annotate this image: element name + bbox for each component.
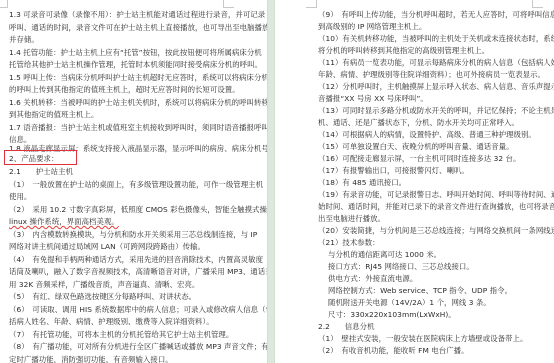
text-line: 1.7 语音播报：当护士站主机或值班室主机接收到呼叫时，须同时语音播报呼叫 [9,123,267,132]
text-line: （7） 有托管功能，可将本主机的分机托管给其它护士站主机管理。 [9,330,233,339]
text-line: 与分机的通信距离可达 1000 米。 [328,250,441,259]
text-line: 话筒及喇叭，融入了数字音视频技术，高清晰语音对讲，广播采用 MP3、通话采 [9,267,267,276]
text-line: 并存储。 [9,35,39,44]
text-line: （20）安装简捷，与分机间是三芯总线连接；与网络交换机间一条网线连接。 [318,226,554,235]
text-line: 1.6 关机转移：当被呼叫的护士站主机关机时，系统可以将病床分机的呼叫转移 [9,98,267,107]
text-line: 括病人姓名、年龄、病情、护理级别、缴费等入院详细资料）。 [9,317,214,326]
text-line: 始时间、通话时间，并能对已录下的录音文件进行查询播放，也可将录音文件导 [318,202,554,211]
text-line: 的呼叫上传到其他指定的值班主机上，超时无应答时间的长短可设置。 [9,85,240,94]
text-line: （10）有关机转移功能，当被呼叫的主机处于关机或未连接状态时，系统可以 [318,34,554,43]
text-line-spellcheck: linux 操作系统，界面高档美观。 [9,217,119,226]
text-line: 音播报“XX 号房 XX 号床呼叫”。 [318,94,428,103]
text-line: 年龄、病情、护理级别等住院详细资料）；也可外接病员一览表显示。 [318,70,545,79]
text-line: 1.4 托管功能：护士站主机上应有“托管”按钮，按此按钮便可将所属病床分机 [9,48,262,57]
text-line: （18）有 485 通讯接口。 [318,178,406,187]
text-line: （13）可同时显示多路分机或防水开关的呼叫，并记忆保持；不论主机是在待 [318,106,554,115]
page-corner-mark [532,0,543,8]
text-line: （16）可配接走廊显示屏，一台主机可同时连接多达 32 台。 [318,154,520,163]
text-line: 接口方式：RJ45 网络接口、三芯总线接口。 [328,262,474,271]
text-line: 信息。 [9,135,31,144]
text-line: （1） 壁挂式安装，一般安装在医院病床上方墙壁或设备带上。 [318,334,527,343]
text-line: （2） 有收音机功能，能收听 FM 电台广播。 [318,346,469,355]
text-line: 到高级别的 IP 网络管理主机上。 [318,22,426,31]
text-line: （15）可单独设置白天、夜晚分机的呼叫音量、通话音量。 [318,142,514,151]
text-line: （9） 有呼叫上传功能，当分机呼叫超时，若无人应答时，可将呼叫信息上传 [318,10,554,19]
text-line: 将分机的呼叫转移到其他指定的高级别管理主机上。 [318,46,489,55]
page-corner-mark [223,0,234,8]
text-line: 出至电脑进行播放。 [318,214,385,223]
text-line: （8） 有广播功能，可对所有分机进行全区广播喊话或播放 MP3 声音文件；有 [9,342,267,351]
text-line: （6） 可读取、调用 HIS 系统数据库中的病人信息；可录入或修改病人信息（包 [9,305,267,314]
highlight-box [4,150,77,165]
page-corner-mark [0,0,8,8]
text-line: （3） 内含模数转换模块，与分机和防水开关须采用三芯总线制连接，与 IP [9,230,257,239]
text-line: 网络对讲主机间通过局域网 LAN（可跨网段跨路由）传输。 [9,242,205,251]
text-line: 机、通话、还是广播状态下，分机、防水开关均可正常呼入。 [318,118,519,127]
text-line: （4） 有免提和手柄两种通话方式，采用先进的回音消除技术，内置高灵敏度 [9,255,263,264]
text-line: 1.5 呼叫上传：当病床分机呼叫护士站主机超时无应答时，系统可以将病床分机 [9,73,267,82]
text-line: （12）分机呼叫时，主机触摸屏上显示呼入状态、病人信息、音乐声提示、语 [318,82,554,91]
text-line: （1） 一般放置在护士站的桌面上，有多级管理设置功能，可作一级管理主机 [9,180,263,189]
text-line: （17）有报警输出口，可接报警闪灯、喇叭。 [318,166,469,175]
text-line: （19）有录音功能，可记录报警日志、呼叫开始时间、呼叫等待时间、通话开 [318,190,554,199]
text-line: 使用。 [9,192,31,201]
text-line: 用 32K 音频采样，广播级音质，声音逼真、清晰、宏亮。 [9,280,199,289]
subsection-heading: 2.2 信息分机 [318,322,375,331]
text-line: 供电方式：外接直流电源。 [328,274,417,283]
text-line: 1.3 可录音可录像（录像不用）：护士站主机能对通话过程进行录音，并可记录 [9,10,265,19]
text-line: 定时广播功能，消防强切功能，有音频输入接口。 [9,355,173,363]
document-page-right: （9） 有呼叫上传功能，当分机呼叫超时，若无人应答时，可将呼叫信息上传 到高级别… [275,0,554,363]
text-line-spellcheck: 尺寸：330x220x103mm(LxWxH)。 [328,310,456,319]
document-page-left: 1.3 可录音可录像（录像不用）：护士站主机能对通话过程进行录音，并可记录 呼叫… [0,0,267,363]
text-line: 网络控制方式：Web service、TCP 指令、UDP 指令。 [328,286,512,295]
text-line: 托管给其他护士站主机操作管理，托管时本机须能同时接受病床分机的呼叫。 [9,60,262,69]
text-line: （14）可根据病人的病情，设置特护、高级、普通三种护理级别。 [318,130,536,139]
subsection-heading: 2.1 护士站主机 [9,167,73,176]
page-corner-mark [306,0,317,8]
text-line: （11）有病员一览表功能，可显示每路病床分机的病人信息（包括病人姓名、 [318,58,554,67]
text-line: 随机附送开关电源（14V/2A）1 个，网线 3 条。 [328,298,491,307]
text-line: 到其他指定的值班主机上。 [9,110,98,119]
text-line: （21）技术参数： [318,238,380,247]
text-line: （2） 采用 10.2 寸数字真彩屏，低照度 CMOS 彩色摄像头，智能全触摸式… [9,205,267,214]
page-gutter [267,0,275,363]
text-line: 呼叫、通话的时间，录音文件可在护士站主机上直接播放，也可导出至电脑播放 [9,23,267,32]
text-line: （5） 有红、绿双色路选按键区分每路呼叫、对讲状态。 [9,292,196,301]
